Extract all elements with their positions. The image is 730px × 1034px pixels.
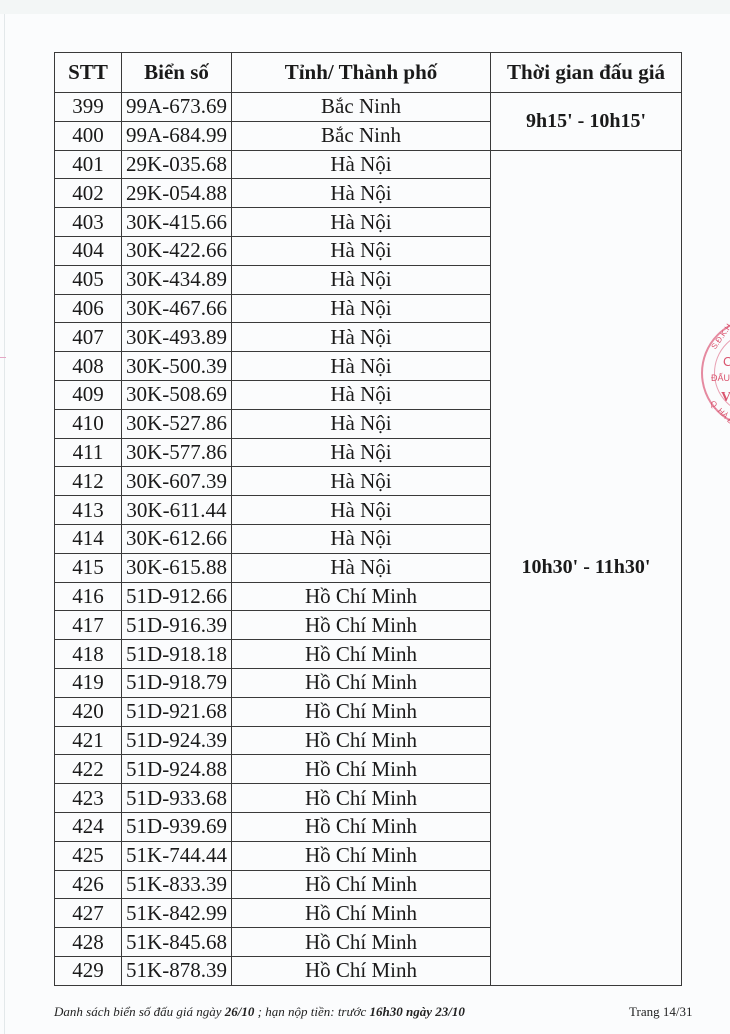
cell-province: Hà Nội [232, 524, 491, 553]
cell-plate: 51D-916.39 [122, 611, 232, 640]
cell-plate: 30K-415.66 [122, 208, 232, 237]
cell-auction-time: 9h15' - 10h15' [491, 93, 682, 151]
cell-stt: 418 [55, 640, 122, 669]
cell-stt: 409 [55, 380, 122, 409]
cell-stt: 404 [55, 236, 122, 265]
cell-stt: 429 [55, 956, 122, 985]
cell-plate: 51D-939.69 [122, 812, 232, 841]
cell-stt: 405 [55, 265, 122, 294]
cell-plate: 30K-527.86 [122, 409, 232, 438]
cell-auction-time: 10h30' - 11h30' [491, 150, 682, 985]
header-stt: STT [55, 53, 122, 93]
cell-stt: 399 [55, 93, 122, 122]
cell-plate: 30K-612.66 [122, 524, 232, 553]
cell-province: Hồ Chí Minh [232, 697, 491, 726]
header-auction-time: Thời gian đấu giá [491, 53, 682, 93]
table-header-row: STT Biển số Tỉnh/ Thành phố Thời gian đấ… [55, 53, 682, 93]
cell-province: Hà Nội [232, 150, 491, 179]
cell-stt: 413 [55, 496, 122, 525]
cell-province: Hà Nội [232, 496, 491, 525]
header-province: Tỉnh/ Thành phố [232, 53, 491, 93]
cell-plate: 51K-878.39 [122, 956, 232, 985]
cell-province: Hà Nội [232, 380, 491, 409]
cell-stt: 408 [55, 352, 122, 381]
cell-plate: 51D-912.66 [122, 582, 232, 611]
cell-stt: 419 [55, 668, 122, 697]
footer-note: Danh sách biển số đấu giá ngày 26/10 ; h… [54, 1004, 465, 1020]
cell-stt: 424 [55, 812, 122, 841]
cell-plate: 51D-924.88 [122, 755, 232, 784]
footer-deadline: 16h30 ngày 23/10 [370, 1004, 465, 1019]
cell-province: Hồ Chí Minh [232, 899, 491, 928]
cell-plate: 51D-918.18 [122, 640, 232, 669]
cell-province: Hà Nội [232, 409, 491, 438]
cell-province: Hồ Chí Minh [232, 755, 491, 784]
cell-stt: 402 [55, 179, 122, 208]
cell-plate: 51D-918.79 [122, 668, 232, 697]
page-number: Trang 14/31 [629, 1004, 692, 1020]
cell-plate: 51K-833.39 [122, 870, 232, 899]
cell-province: Hồ Chí Minh [232, 640, 491, 669]
footer-auction-date: 26/10 [225, 1004, 255, 1019]
cell-stt: 428 [55, 928, 122, 957]
scan-page-edge [4, 14, 5, 1034]
stamp-bleed-mark [0, 357, 6, 358]
footer-text-2: ; hạn nộp tiền: trước [254, 1004, 369, 1019]
cell-province: Hồ Chí Minh [232, 784, 491, 813]
cell-province: Hồ Chí Minh [232, 812, 491, 841]
cell-province: Hà Nội [232, 208, 491, 237]
cell-province: Bắc Ninh [232, 121, 491, 150]
cell-plate: 51K-744.44 [122, 841, 232, 870]
cell-stt: 417 [55, 611, 122, 640]
cell-plate: 30K-577.86 [122, 438, 232, 467]
stamp-text-vi: VI [721, 390, 730, 406]
cell-stt: 401 [55, 150, 122, 179]
cell-stt: 420 [55, 697, 122, 726]
cell-province: Hà Nội [232, 438, 491, 467]
cell-plate: 29K-054.88 [122, 179, 232, 208]
cell-stt: 423 [55, 784, 122, 813]
cell-plate: 30K-611.44 [122, 496, 232, 525]
header-plate: Biển số [122, 53, 232, 93]
cell-stt: 411 [55, 438, 122, 467]
table-row: 39999A-673.69Bắc Ninh9h15' - 10h15' [55, 93, 682, 122]
stamp-text-c: C [723, 354, 730, 369]
cell-plate: 30K-508.69 [122, 380, 232, 409]
cell-stt: 414 [55, 524, 122, 553]
cell-plate: 51D-921.68 [122, 697, 232, 726]
cell-plate: 99A-684.99 [122, 121, 232, 150]
scan-top-margin [0, 0, 730, 14]
cell-stt: 412 [55, 467, 122, 496]
cell-plate: 99A-673.69 [122, 93, 232, 122]
cell-province: Hồ Chí Minh [232, 841, 491, 870]
cell-province: Hồ Chí Minh [232, 611, 491, 640]
cell-province: Hà Nội [232, 467, 491, 496]
cell-plate: 30K-493.89 [122, 323, 232, 352]
cell-stt: 425 [55, 841, 122, 870]
cell-province: Hồ Chí Minh [232, 928, 491, 957]
cell-plate: 51K-845.68 [122, 928, 232, 957]
cell-stt: 400 [55, 121, 122, 150]
cell-plate: 30K-500.39 [122, 352, 232, 381]
cell-stt: 416 [55, 582, 122, 611]
cell-plate: 30K-434.89 [122, 265, 232, 294]
cell-province: Hồ Chí Minh [232, 668, 491, 697]
cell-province: Hà Nội [232, 265, 491, 294]
cell-province: Hồ Chí Minh [232, 956, 491, 985]
cell-plate: 30K-615.88 [122, 553, 232, 582]
license-plate-auction-table: STT Biển số Tỉnh/ Thành phố Thời gian đấ… [54, 52, 682, 986]
cell-province: Hồ Chí Minh [232, 870, 491, 899]
cell-province: Hà Nội [232, 352, 491, 381]
cell-plate: 30K-467.66 [122, 294, 232, 323]
cell-stt: 421 [55, 726, 122, 755]
cell-province: Hồ Chí Minh [232, 726, 491, 755]
cell-plate: 30K-607.39 [122, 467, 232, 496]
red-seal-stamp: S.Đ.K.H C ĐẤU VI Q. HÀ Đ [701, 318, 730, 428]
cell-stt: 410 [55, 409, 122, 438]
cell-stt: 426 [55, 870, 122, 899]
cell-plate: 51D-924.39 [122, 726, 232, 755]
cell-province: Hà Nội [232, 294, 491, 323]
stamp-text-dau: ĐẤU [711, 373, 730, 383]
cell-province: Bắc Ninh [232, 93, 491, 122]
cell-province: Hà Nội [232, 553, 491, 582]
cell-stt: 427 [55, 899, 122, 928]
cell-province: Hà Nội [232, 323, 491, 352]
cell-province: Hà Nội [232, 179, 491, 208]
footer-text-1: Danh sách biển số đấu giá ngày [54, 1004, 225, 1019]
cell-province: Hồ Chí Minh [232, 582, 491, 611]
cell-stt: 422 [55, 755, 122, 784]
cell-plate: 29K-035.68 [122, 150, 232, 179]
cell-stt: 415 [55, 553, 122, 582]
cell-stt: 406 [55, 294, 122, 323]
cell-plate: 30K-422.66 [122, 236, 232, 265]
cell-stt: 407 [55, 323, 122, 352]
cell-stt: 403 [55, 208, 122, 237]
cell-province: Hà Nội [232, 236, 491, 265]
cell-plate: 51D-933.68 [122, 784, 232, 813]
table-row: 40129K-035.68Hà Nội10h30' - 11h30' [55, 150, 682, 179]
cell-plate: 51K-842.99 [122, 899, 232, 928]
